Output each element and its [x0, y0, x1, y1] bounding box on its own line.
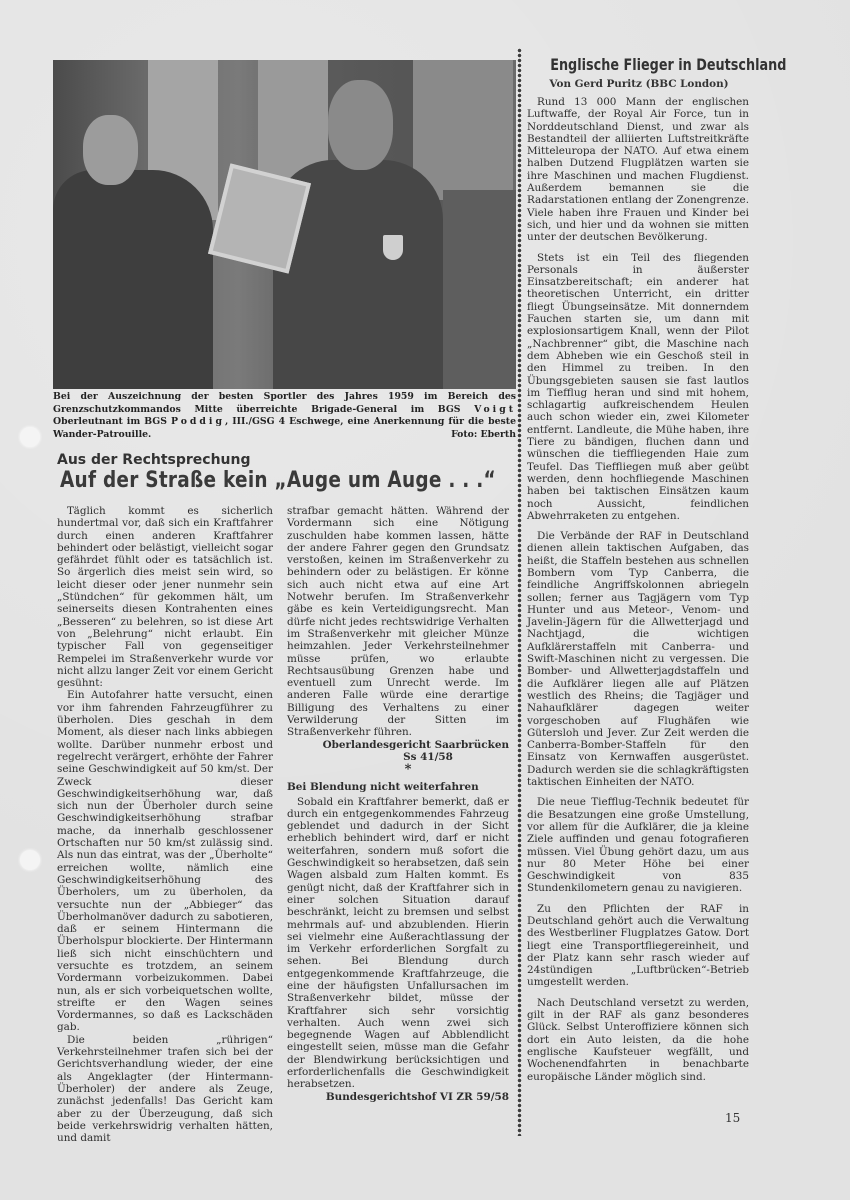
paragraph: Nach Deutschland versetzt zu werden, gil… — [527, 997, 749, 1083]
article-headline: Auf der Straße kein „Auge um Auge . . .“ — [60, 468, 446, 493]
subheading: Bei Blendung nicht weiterfahren — [287, 781, 509, 793]
paragraph: Stets ist ein Teil des fliegenden Person… — [527, 252, 749, 523]
column-divider-dotted — [517, 48, 522, 1136]
scanned-page: Bei der Auszeichnung der besten Sportler… — [0, 0, 850, 1200]
paragraph: Die neue Tiefflug-Technik bedeutet für d… — [527, 796, 749, 894]
photo-eagle-emblem — [383, 235, 403, 260]
right-article-byline: Von Gerd Puritz (BBC London) — [528, 78, 750, 90]
photo-seated-officers — [443, 190, 516, 389]
article-column-1: Täglich kommt es sicherlich hundertmal v… — [57, 505, 273, 1144]
section-separator: * — [307, 763, 509, 777]
press-photo — [53, 60, 516, 389]
punch-hole — [20, 850, 40, 870]
paragraph: Die beiden „rührigen“ Verkehrsteilnehmer… — [57, 1034, 273, 1145]
paragraph: Zu den Pflichten der RAF in Deutschland … — [527, 903, 749, 989]
paragraph: Täglich kommt es sicherlich hundertmal v… — [57, 505, 273, 689]
photo-caption: Bei der Auszeichnung der besten Sportler… — [53, 391, 516, 441]
article-column-2: strafbar gemacht hätten. Während der Vor… — [287, 505, 509, 1103]
section-kicker: Aus der Rechtsprechung — [57, 452, 251, 468]
court-reference: Ss 41/58 — [347, 751, 509, 763]
court-citation: Oberlandesgericht Saarbrücken — [287, 739, 509, 751]
paragraph: Ein Autofahrer hatte versucht, einen vor… — [57, 689, 273, 1033]
article-column-3: Rund 13 000 Mann der englischen Luftwaff… — [527, 96, 749, 1083]
paragraph: strafbar gemacht hätten. Während der Vor… — [287, 505, 509, 739]
paragraph: Die Verbände der RAF in Deutschland dien… — [527, 530, 749, 788]
caption-text: Bei der Auszeichnung der besten Sportler… — [53, 391, 516, 415]
paragraph: Rund 13 000 Mann der englischen Luftwaff… — [527, 96, 749, 244]
right-article-title: Englische Flieger in Deutschland — [550, 55, 728, 74]
page-number: 15 — [725, 1111, 740, 1125]
caption-name-poddig: Poddig — [171, 416, 225, 427]
caption-name-voigt: Voigt — [474, 404, 516, 415]
photo-officer-head — [328, 80, 393, 170]
court-citation: Bundesgerichtshof VI ZR 59/58 — [287, 1091, 509, 1103]
punch-hole — [20, 427, 40, 447]
photo-general-figure — [53, 170, 213, 389]
photo-general-head — [83, 115, 138, 185]
caption-text: Oberleutnant im BGS — [53, 416, 171, 427]
photo-window — [413, 60, 513, 200]
paragraph: Sobald ein Kraftfahrer bemerkt, daß er d… — [287, 796, 509, 1091]
